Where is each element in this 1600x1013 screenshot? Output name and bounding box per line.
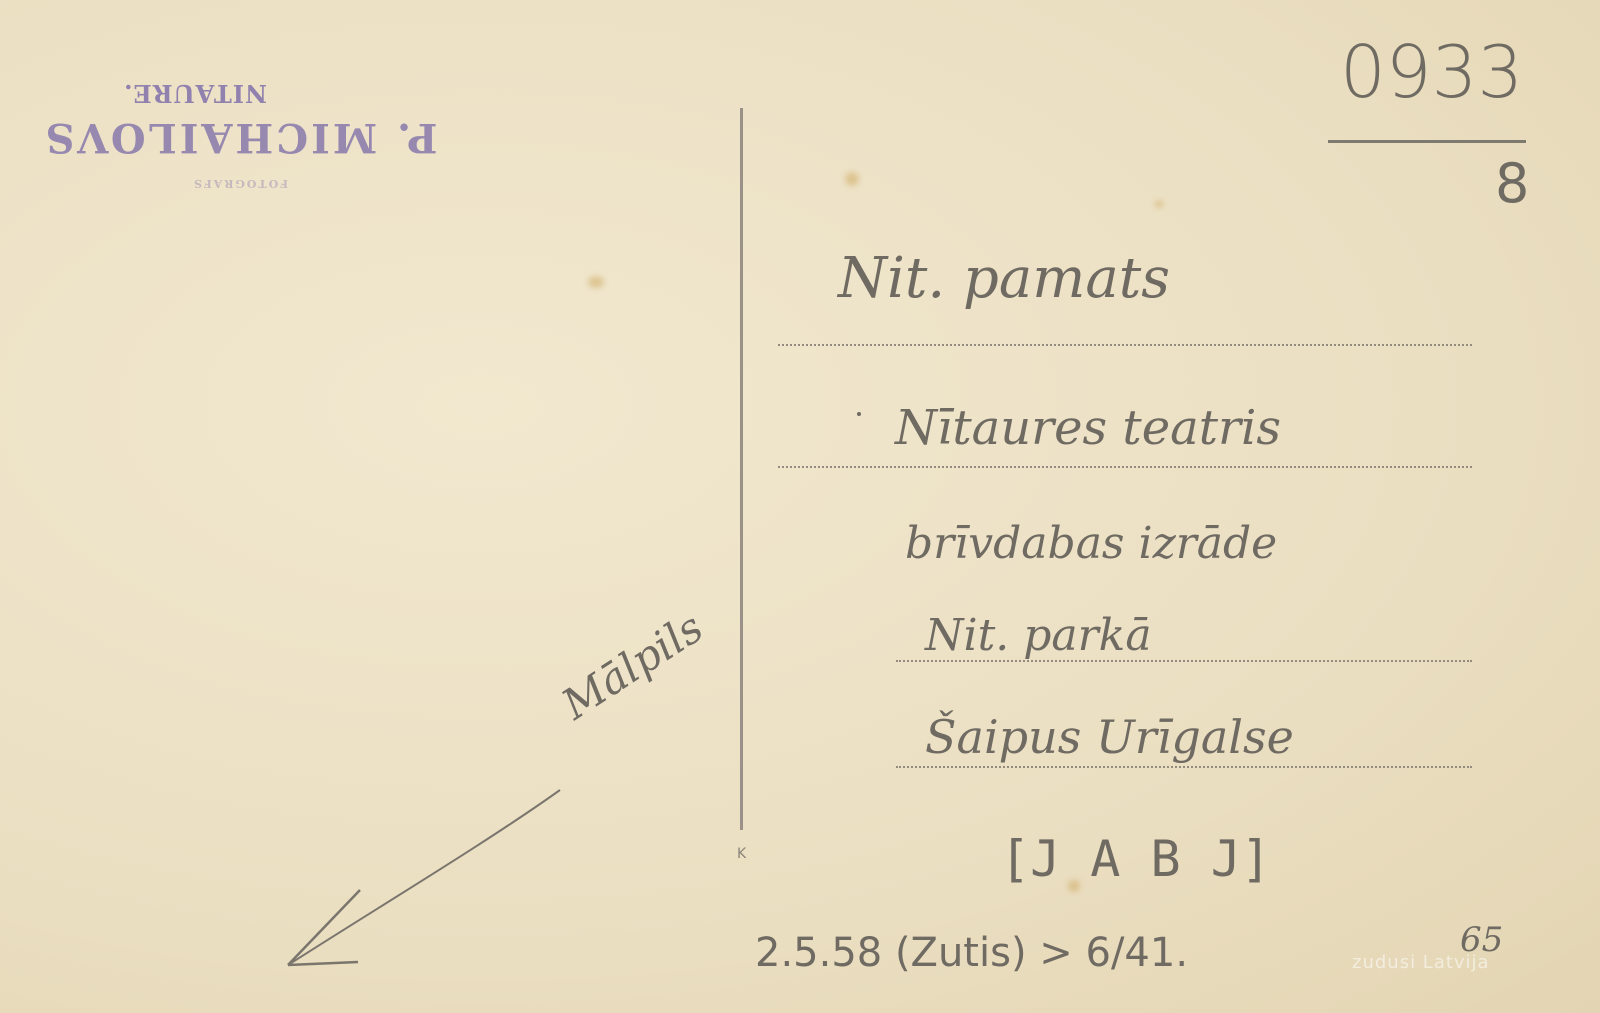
address-rule-4 bbox=[896, 766, 1472, 768]
postcard-back: FOTOGRAFS P. MICHAILOVS NITAURE. K 0933 … bbox=[0, 0, 1600, 1013]
stamp-city: NITAURE. bbox=[40, 79, 440, 108]
photographer-stamp: FOTOGRAFS P. MICHAILOVS NITAURE. bbox=[40, 30, 440, 200]
handwritten-line-3: brīvdabas izrāde bbox=[905, 518, 1277, 569]
stamp-photographer-name: P. MICHAILOVS bbox=[40, 114, 440, 161]
stain bbox=[845, 172, 859, 186]
handwritten-line-4: Nit. parkā bbox=[925, 610, 1152, 661]
footer-note: 2.5.58 (Zutis) > 6/41. bbox=[755, 930, 1188, 976]
catalog-underline bbox=[1328, 140, 1526, 143]
handwritten-line-2: Nītaures teatris bbox=[895, 400, 1281, 456]
address-rule-1 bbox=[778, 344, 1472, 346]
center-divider bbox=[740, 108, 743, 830]
printer-mark: K bbox=[737, 846, 746, 862]
handwritten-line-5: Šaipus Urīgalse bbox=[925, 710, 1294, 764]
stamp-role: FOTOGRAFS bbox=[40, 177, 440, 190]
side-note: Mālpils bbox=[553, 603, 711, 729]
stain bbox=[588, 276, 604, 288]
handwritten-line-6: [J A B J] bbox=[1000, 830, 1271, 888]
catalog-number: 0933 bbox=[1340, 30, 1523, 114]
arrow-icon bbox=[270, 770, 570, 980]
catalog-sub-number: 8 bbox=[1495, 152, 1529, 215]
stain bbox=[1155, 200, 1163, 208]
watermark: zudusi Latvija bbox=[1352, 952, 1490, 973]
handwritten-line-1: Nit. pamats bbox=[838, 246, 1170, 311]
address-rule-2 bbox=[778, 466, 1472, 468]
pencil-dot bbox=[857, 412, 861, 416]
